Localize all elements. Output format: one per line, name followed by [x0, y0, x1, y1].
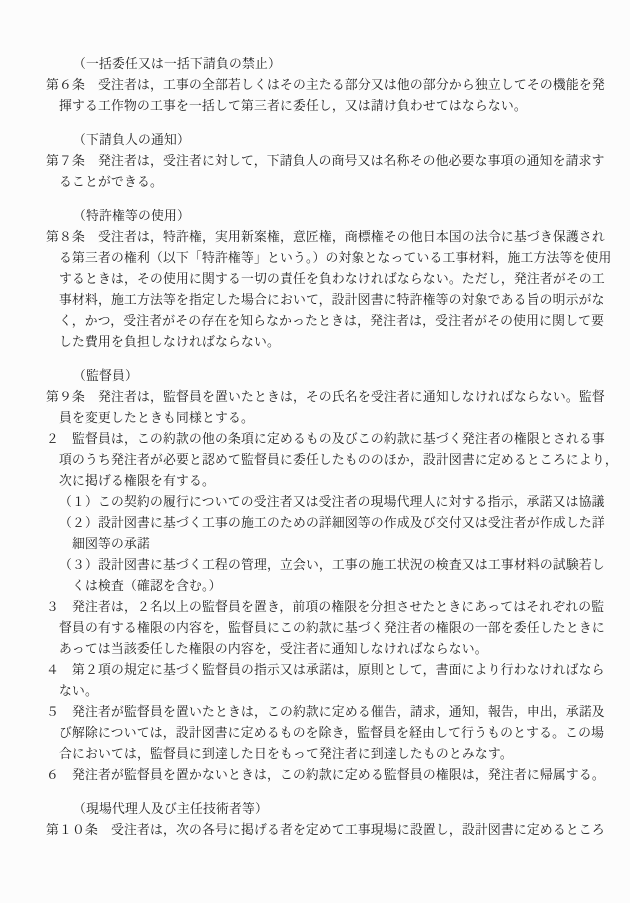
document-line: （１）この契約の履行についての受注者又は受注者の現場代理人に対する指示，承諾又は… — [46, 492, 612, 513]
document-line: 次に掲げる権限を有する。 — [46, 471, 612, 492]
document-line: ３ 発注者は，２名以上の監督員を置き，前項の権限を分担させたときにあってはそれぞ… — [46, 597, 612, 618]
clause-section: （監督員）第９条 発注者は，監督員を置いたときは，その氏名を受注者に通知しなけれ… — [46, 366, 612, 786]
section-heading: （監督員） — [46, 366, 612, 387]
section-heading: （特許権等の使用） — [46, 206, 612, 227]
document-line: 細図等の承諾 — [46, 534, 612, 555]
document-line: 第６条 受注者は，工事の全部若しくはその主たる部分又は他の部分から独立してその機… — [46, 75, 612, 96]
document-line: ２ 監督員は，この約款の他の条項に定めるもの及びこの約款に基づく発注者の権限とさ… — [46, 429, 612, 450]
clause-section: （現場代理人及び主任技術者等）第１０条 受注者は，次の各号に掲げる者を定めて工事… — [46, 799, 612, 841]
contract-clauses-body: （一括委任又は一括下請負の禁止）第６条 受注者は，工事の全部若しくはその主たる部… — [46, 54, 612, 841]
document-line: くは検査（確認を含む。） — [46, 576, 612, 597]
document-line: 第７条 発注者は，受注者に対して，下請負人の商号又は名称その他必要な事項の通知を… — [46, 151, 612, 172]
document-line: る第三者の権利（以下「特許権等」という。）の対象となっている工事材料，施工方法等… — [46, 248, 612, 269]
document-line: （３）設計図書に基づく工程の管理，立会い，工事の施工状況の検査又は工事材料の試験… — [46, 555, 612, 576]
document-line: ４ 第２項の規定に基づく監督員の指示又は承諾は，原則として，書面により行わなけれ… — [46, 660, 612, 681]
document-line: 第８条 受注者は，特許権，実用新案権，意匠権，商標権その他日本国の法令に基づき保… — [46, 227, 612, 248]
document-line: 督員の有する権限の内容を，監督員にこの約款に基づく発注者の権限の一部を委任したと… — [46, 618, 612, 639]
clause-section: （特許権等の使用）第８条 受注者は，特許権，実用新案権，意匠権，商標権その他日本… — [46, 206, 612, 353]
document-line: 員を変更したときも同様とする。 — [46, 408, 612, 429]
clause-section: （一括委任又は一括下請負の禁止）第６条 受注者は，工事の全部若しくはその主たる部… — [46, 54, 612, 117]
section-heading: （下請負人の通知） — [46, 130, 612, 151]
section-heading: （現場代理人及び主任技術者等） — [46, 799, 612, 820]
document-line: く，かつ，受注者がその存在を知らなかったときは，発注者は，受注者がその使用に関し… — [46, 311, 612, 332]
document-line: 項のうち発注者が必要と認めて監督員に委任したもののほか，設計図書に定めるところに… — [46, 450, 612, 471]
document-page: （一括委任又は一括下請負の禁止）第６条 受注者は，工事の全部若しくはその主たる部… — [0, 0, 630, 903]
document-line: ることができる。 — [46, 172, 612, 193]
document-line: 合においては，監督員に到達した日をもって発注者に到達したものとみなす。 — [46, 744, 612, 765]
document-line: ５ 発注者が監督員を置いたときは，この約款に定める催告，請求，通知，報告，申出，… — [46, 702, 612, 723]
document-line: 事材料，施工方法等を指定した場合において，設計図書に特許権等の対象である旨の明示… — [46, 290, 612, 311]
document-line: （２）設計図書に基づく工事の施工のための詳細図等の作成及び交付又は受注者が作成し… — [46, 513, 612, 534]
section-heading: （一括委任又は一括下請負の禁止） — [46, 54, 612, 75]
clause-section: （下請負人の通知）第７条 発注者は，受注者に対して，下請負人の商号又は名称その他… — [46, 130, 612, 193]
document-line: 揮する工作物の工事を一括して第三者に委任し，又は請け負わせてはならない。 — [46, 96, 612, 117]
document-line: するときは，その使用に関する一切の責任を負わなければならない。ただし，発注者がそ… — [46, 269, 612, 290]
document-line: 第９条 発注者は，監督員を置いたときは，その氏名を受注者に通知しなければならない… — [46, 387, 612, 408]
document-line: した費用を負担しなければならない。 — [46, 332, 612, 353]
document-line: ６ 発注者が監督員を置かないときは，この約款に定める監督員の権限は，発注者に帰属… — [46, 765, 612, 786]
document-line: ない。 — [46, 681, 612, 702]
document-line: 第１０条 受注者は，次の各号に掲げる者を定めて工事現場に設置し，設計図書に定める… — [46, 820, 612, 841]
document-line: あっては当該委任した権限の内容を，受注者に通知しなければならない。 — [46, 639, 612, 660]
document-line: び解除については，設計図書に定めるものを除き，監督員を経由して行うものとする。こ… — [46, 723, 612, 744]
